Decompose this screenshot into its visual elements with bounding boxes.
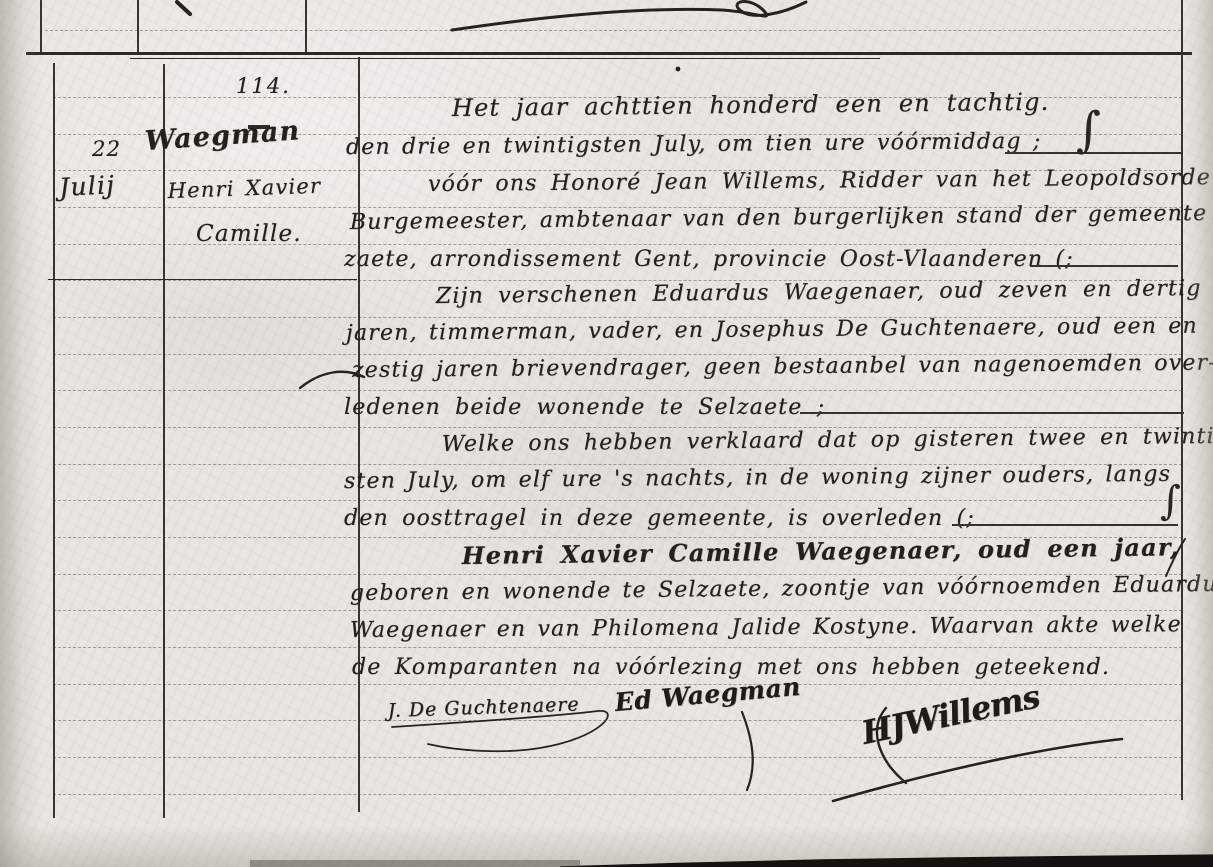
body-line: Burgemeester, ambtenaar van den burgerli… xyxy=(350,200,1213,235)
column-line-right xyxy=(1181,0,1183,800)
ruled-line xyxy=(45,30,1181,31)
body-line: zaete, arrondissement Gent, provincie Oo… xyxy=(344,247,1074,272)
paragraph-end-rule xyxy=(1030,265,1178,267)
body-line: den drie en twintigsten July, om tien ur… xyxy=(346,129,1042,160)
body-line: de Komparanten na vóórlezing met ons heb… xyxy=(352,655,1110,680)
body-line: jaren, timmerman, vader, en Josephus De … xyxy=(346,314,1198,346)
body-line: ledenen beide wonende te Selzaete ; xyxy=(344,395,825,420)
record-separator xyxy=(26,52,1192,55)
body-line: geboren en wonende te Selzaete, zoontje … xyxy=(350,572,1213,606)
margin-given-names-2: Camille. xyxy=(196,221,302,247)
body-line: den oosttragel in deze gemeente, is over… xyxy=(344,506,975,531)
column-line-1 xyxy=(53,63,55,818)
ruled-line xyxy=(53,390,1182,391)
ruled-line xyxy=(53,794,1182,795)
record-number: 114. xyxy=(236,74,291,98)
body-line: Welke ons hebben verklaard dat op gister… xyxy=(442,424,1213,457)
ruled-line xyxy=(53,647,1182,648)
ruled-line xyxy=(53,500,1182,501)
column-line-top-2 xyxy=(137,0,139,53)
body-line: zestig jaren brievendrager, geen bestaan… xyxy=(352,350,1213,383)
scan-edge-gray-strip xyxy=(250,860,580,867)
column-line-3 xyxy=(358,57,360,812)
body-line: sten July, om elf ure 's nachts, in de w… xyxy=(344,462,1171,494)
scan-edge-black-strip xyxy=(560,853,1213,867)
pen-stroke-flourish: ∫ xyxy=(1076,102,1101,158)
margin-month: Julij xyxy=(58,170,115,202)
record-separator-echo xyxy=(130,58,880,59)
margin-cell-divider xyxy=(48,279,357,280)
paragraph-end-rule xyxy=(952,524,1178,526)
ruled-line xyxy=(53,610,1182,611)
signature-officer: HJWillems xyxy=(858,677,1042,752)
signature-witness: J. De Guchtenaere xyxy=(387,693,580,722)
pen-stroke-flourish: ∫ xyxy=(1160,478,1181,524)
paragraph-end-rule xyxy=(800,412,1184,414)
registry-page: 114. 22 Julij Waegman Henri Xavier Camil… xyxy=(0,0,1213,867)
margin-day: 22 xyxy=(92,137,121,161)
column-line-2 xyxy=(163,64,165,818)
body-line: Waegenaer en van Philomena Jalide Kostyn… xyxy=(350,612,1182,643)
ruled-line xyxy=(53,757,1182,758)
scan-edge-left xyxy=(0,0,42,867)
column-line-top-1 xyxy=(40,0,42,53)
margin-surname: Waegman xyxy=(144,115,301,157)
margin-given-names-1: Henri Xavier xyxy=(167,174,321,203)
body-line: Het jaar achttien honderd een en tachtig… xyxy=(452,88,1050,122)
column-line-top-3 xyxy=(305,0,307,53)
